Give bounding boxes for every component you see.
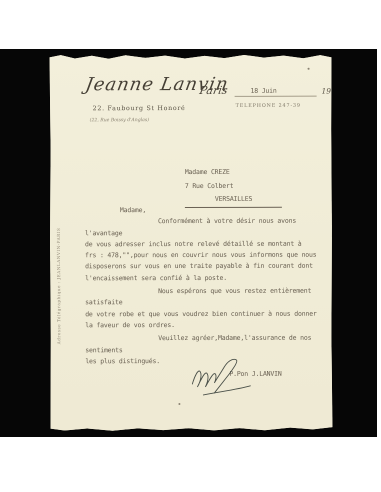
year-printed: 191 <box>319 87 336 97</box>
salutation: Madame, <box>120 205 329 217</box>
telegraph-vertical-text: Adresse Télégraphique : JEANLANVIN-PARIS <box>56 228 61 344</box>
paper-speck <box>308 68 310 70</box>
recipient-name: Madame CREZE <box>185 166 282 180</box>
date-line: Paris 18 Juin 191 3 <box>200 84 341 97</box>
paragraph-1: Conformément à votre désir nous avons l'… <box>85 216 329 284</box>
scanned-letter-page: Jeanne Lanvin 22. Faubourg St Honoré (22… <box>0 0 381 492</box>
date-rule: 18 Juin <box>234 84 316 97</box>
address-subline: (22, Rue Boissy d'Anglas) <box>90 118 149 123</box>
address-line: 22. Faubourg St Honoré <box>93 105 186 112</box>
year-typed: 3 <box>337 86 341 94</box>
paragraph-2: Nous espérons que vous restez entièremen… <box>85 286 329 332</box>
date-city-script: Paris <box>198 84 232 97</box>
paper-speck <box>178 403 180 405</box>
recipient-block: Madame CREZE 7 Rue Colbert VERSAILLES <box>185 166 282 208</box>
photo-backdrop: Jeanne Lanvin 22. Faubourg St Honoré (22… <box>0 49 377 437</box>
handwritten-signature <box>183 355 255 397</box>
letter-paper: Jeanne Lanvin 22. Faubourg St Honoré (22… <box>50 54 333 433</box>
date-day-typed: 18 Juin <box>250 87 276 95</box>
telephone-line: TELEPHONE 247-39 <box>236 104 301 109</box>
recipient-street: 7 Rue Colbert <box>185 179 282 193</box>
